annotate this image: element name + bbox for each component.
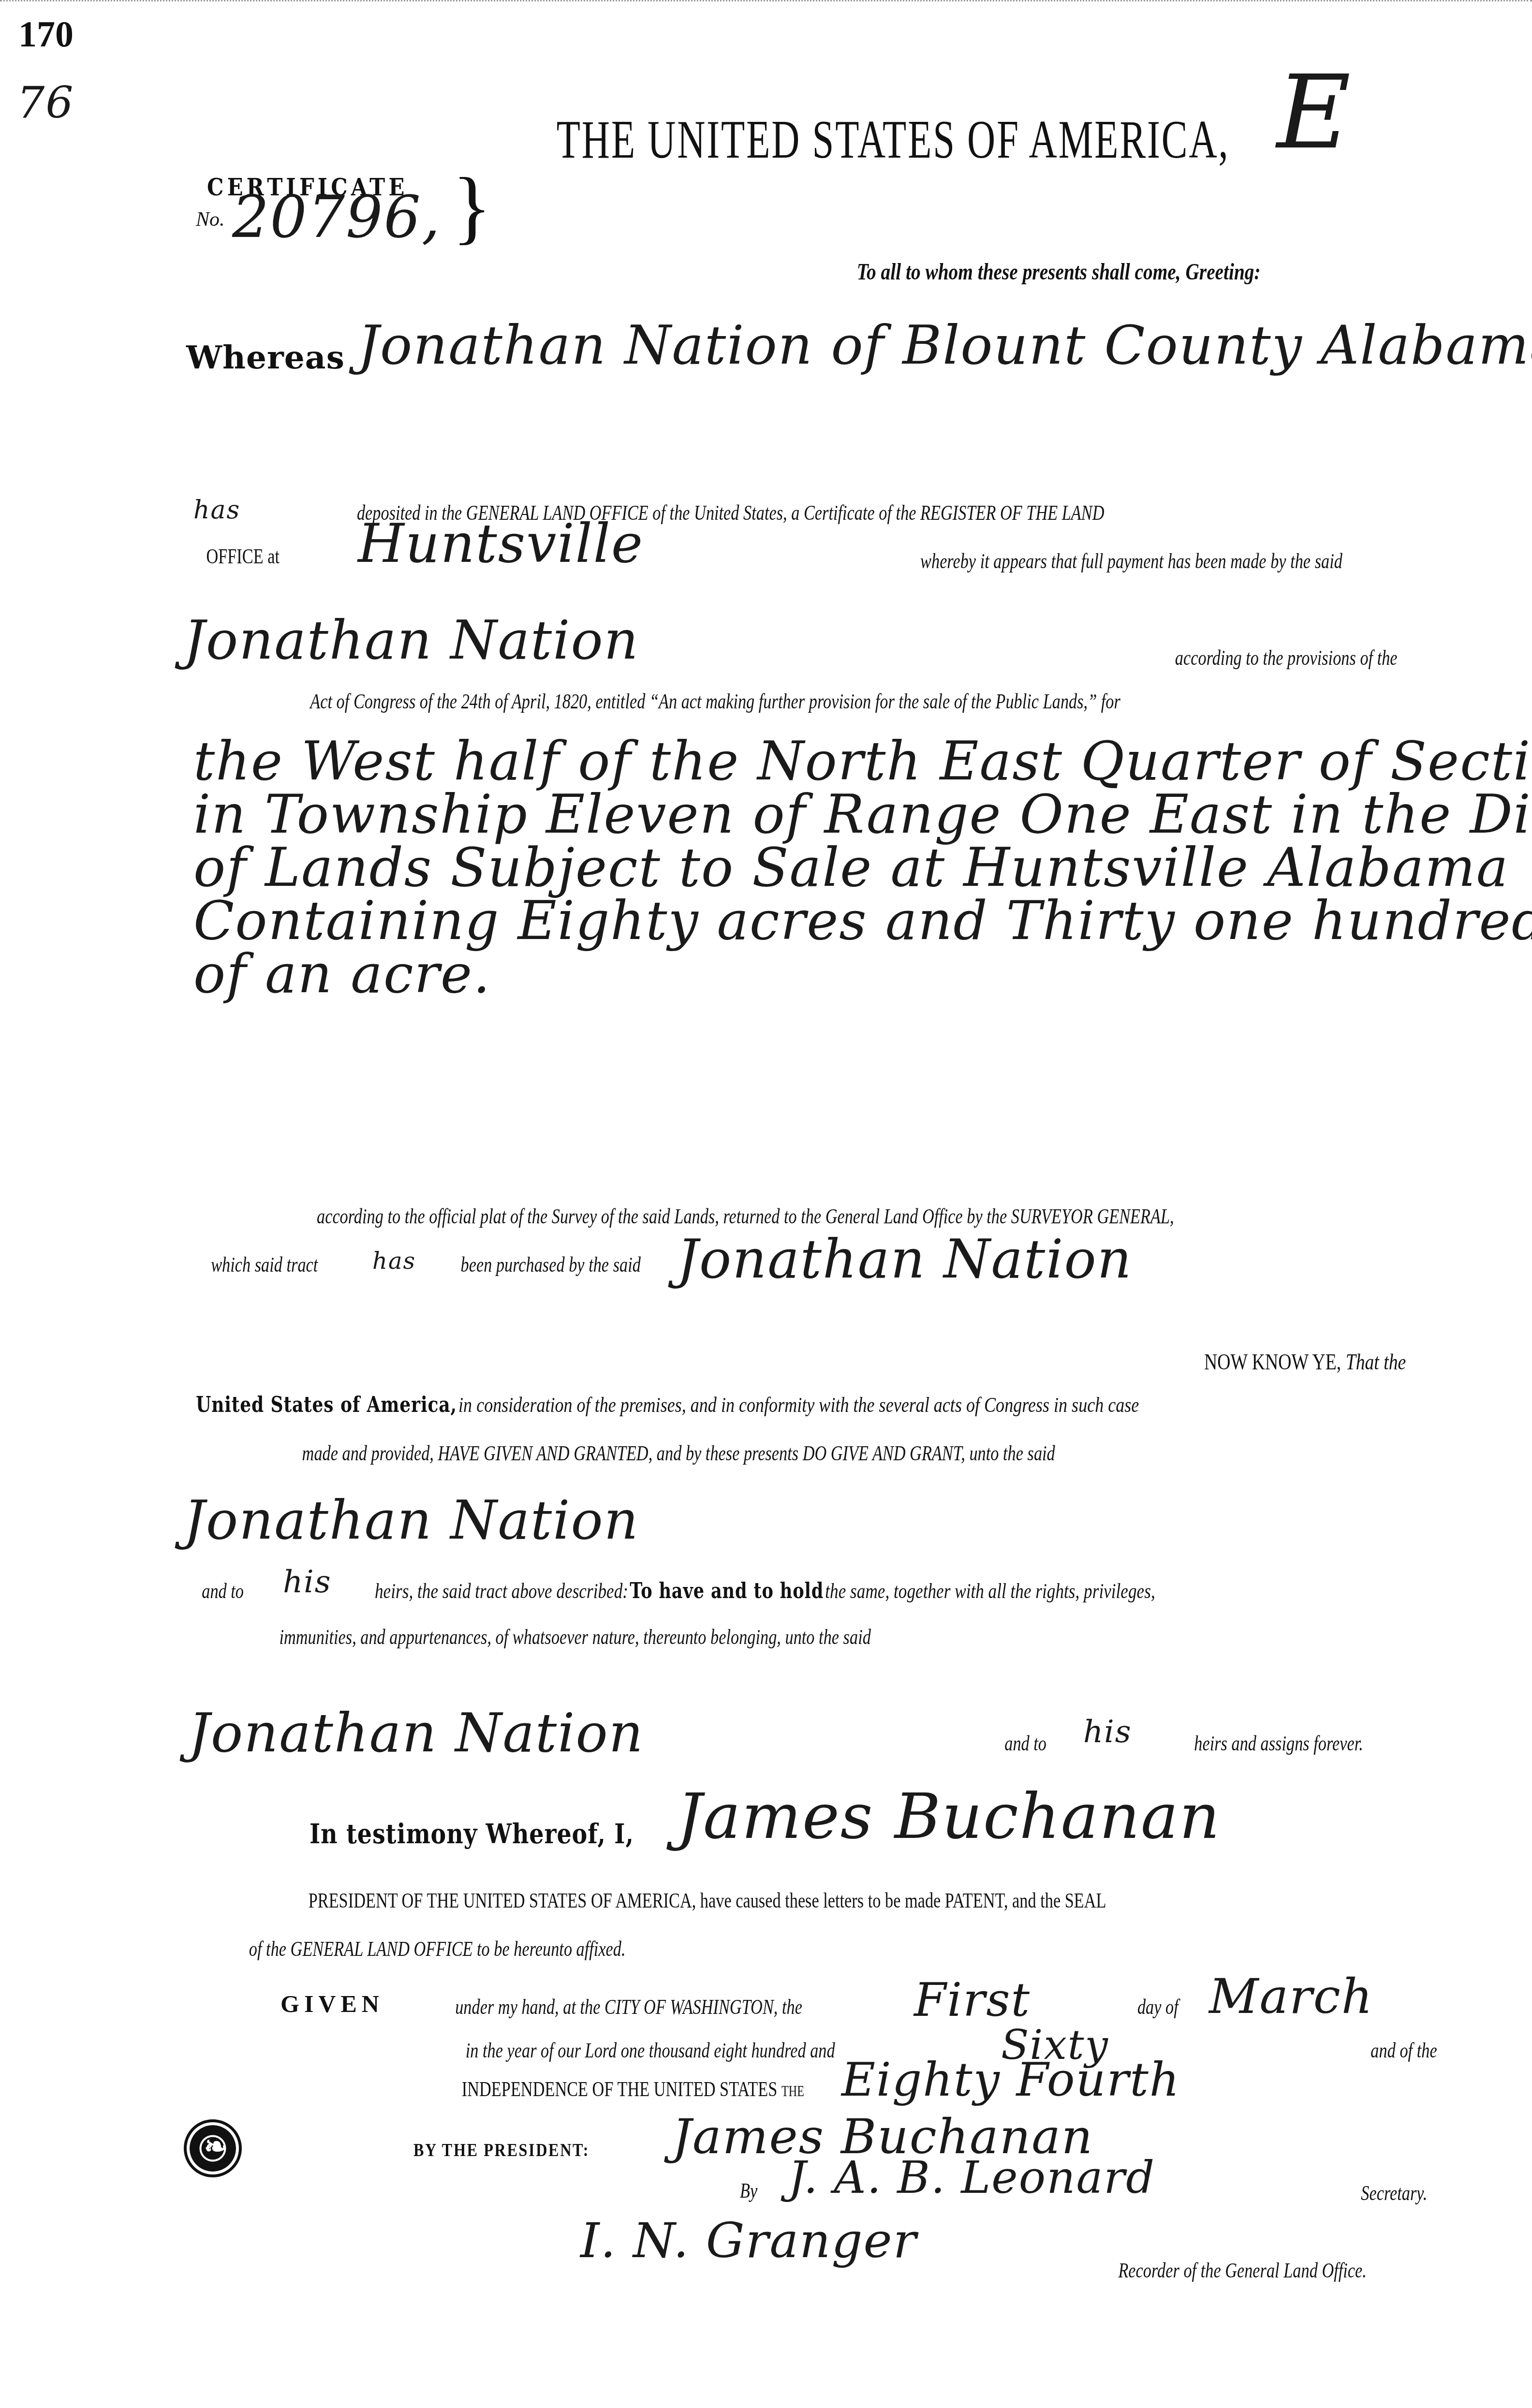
office-label: OFFICE at	[206, 544, 280, 569]
has-handwritten: has	[372, 1248, 416, 1275]
and-of-the: and of the	[1370, 2038, 1437, 2063]
heirs-line: heirs, the said tract above described: T…	[375, 1579, 1155, 1603]
grantee-full: Jonathan Nation of Blount County Alabama	[358, 314, 1532, 376]
office-location: Huntsville	[358, 513, 644, 574]
given-day: First	[914, 1973, 1031, 2027]
has-handwritten: has	[193, 496, 240, 525]
grant-line-1: United States of America, in considerati…	[196, 1393, 1139, 1417]
immunities-line: immunities, and appurtenances, of whatso…	[280, 1625, 871, 1649]
grant-line-2: made and provided, HAVE GIVEN AND GRANTE…	[302, 1441, 1055, 1466]
year-line: in the year of our Lord one thousand eig…	[466, 2038, 835, 2063]
land-description-line: in Township Eleven of Range One East in …	[193, 783, 1532, 845]
independence-value: Eighty Fourth	[841, 2053, 1180, 2107]
testimony-line-1: PRESIDENT OF THE UNITED STATES OF AMERIC…	[309, 1888, 1106, 1913]
and-to-2: and to	[1004, 1731, 1046, 1756]
act-of-congress-line: Act of Congress of the 24th of April, 18…	[310, 689, 1120, 714]
independence-line: INDEPENDENCE OF THE UNITED STATES the	[462, 2077, 804, 2101]
heirs-and-assigns: heirs and assigns forever.	[1194, 1731, 1363, 1756]
heirs-line-tail: the same, together with all the rights, …	[825, 1579, 1155, 1603]
and-to: and to	[202, 1579, 244, 1603]
certificate-no-label: No.	[196, 208, 225, 231]
survey-line-2-prefix: which said tract	[211, 1252, 318, 1277]
pronoun-his: his	[283, 1564, 332, 1600]
grant-line-1-tail: in consideration of the premises, and in…	[458, 1393, 1139, 1417]
recorder-signature: I. N. Granger	[580, 2212, 917, 2269]
recorder-title: Recorder of the General Land Office.	[1118, 2258, 1366, 2283]
united-states-blackletter: United States of America,	[196, 1393, 457, 1417]
page-number: 170	[18, 14, 74, 56]
given-line-1: under my hand, at the CITY OF WASHINGTON…	[455, 1995, 802, 2019]
grantee-name-1: Jonathan Nation	[184, 609, 639, 671]
to-have-blackletter: To have and to hold	[630, 1579, 824, 1603]
testimony-line-2: of the GENERAL LAND OFFICE to be hereunt…	[249, 1937, 626, 1961]
given-month: March	[1209, 1968, 1373, 2025]
deposit-line-3: according to the provisions of the	[1175, 646, 1398, 670]
grantee-name-4: Jonathan Nation	[189, 1702, 644, 1764]
scan-edge-line	[0, 0, 1532, 3]
whereas-label: Whereas	[186, 338, 345, 376]
in-testimony-whereof: In testimony Whereof, I,	[309, 1818, 634, 1850]
that-the: That the	[1346, 1350, 1406, 1374]
by-the-president: BY THE PRESIDENT:	[413, 2140, 589, 2161]
survey-line-2-mid: been purchased by the said	[461, 1252, 641, 1277]
given-label: GIVEN	[280, 1990, 384, 2018]
land-description-line: of an acre.	[193, 943, 491, 1005]
now-know-ye-caps: NOW KNOW YE,	[1204, 1350, 1341, 1374]
land-description-line: Containing Eighty acres and Thirty one h…	[193, 890, 1532, 952]
deposit-line-2: whereby it appears that full payment has…	[920, 549, 1342, 573]
now-know-ye: NOW KNOW YE, That the	[1204, 1349, 1406, 1375]
document-title: THE UNITED STATES OF AMERICA,	[557, 109, 1230, 171]
president-signature-1: James Buchanan	[677, 1779, 1221, 1853]
grantee-name-2: Jonathan Nation	[677, 1228, 1132, 1290]
day-of: day of	[1137, 1995, 1178, 2019]
corner-mark: E	[1277, 53, 1352, 172]
certificate-number: 20796,	[232, 184, 441, 251]
grantee-name-3: Jonathan Nation	[184, 1489, 639, 1551]
land-description-line: the West half of the North East Quarter …	[193, 730, 1532, 792]
survey-line-1: according to the official plat of the Su…	[317, 1204, 1174, 1229]
pronoun-his-2: his	[1083, 1714, 1132, 1750]
land-description-line: of Lands Subject to Sale at Huntsville A…	[193, 837, 1509, 898]
brace-icon: }	[452, 160, 492, 254]
greeting: To all to whom these presents shall come…	[857, 259, 1261, 285]
by-label: By	[740, 2178, 757, 2203]
seal-emblem-icon: ❧	[204, 2130, 228, 2163]
secretary-title: Secretary.	[1361, 2181, 1427, 2205]
margin-note: 76	[17, 77, 74, 128]
heirs-line-head: heirs, the said tract above described:	[375, 1579, 628, 1603]
secretary-signature: J. A. B. Leonard	[788, 2152, 1155, 2203]
